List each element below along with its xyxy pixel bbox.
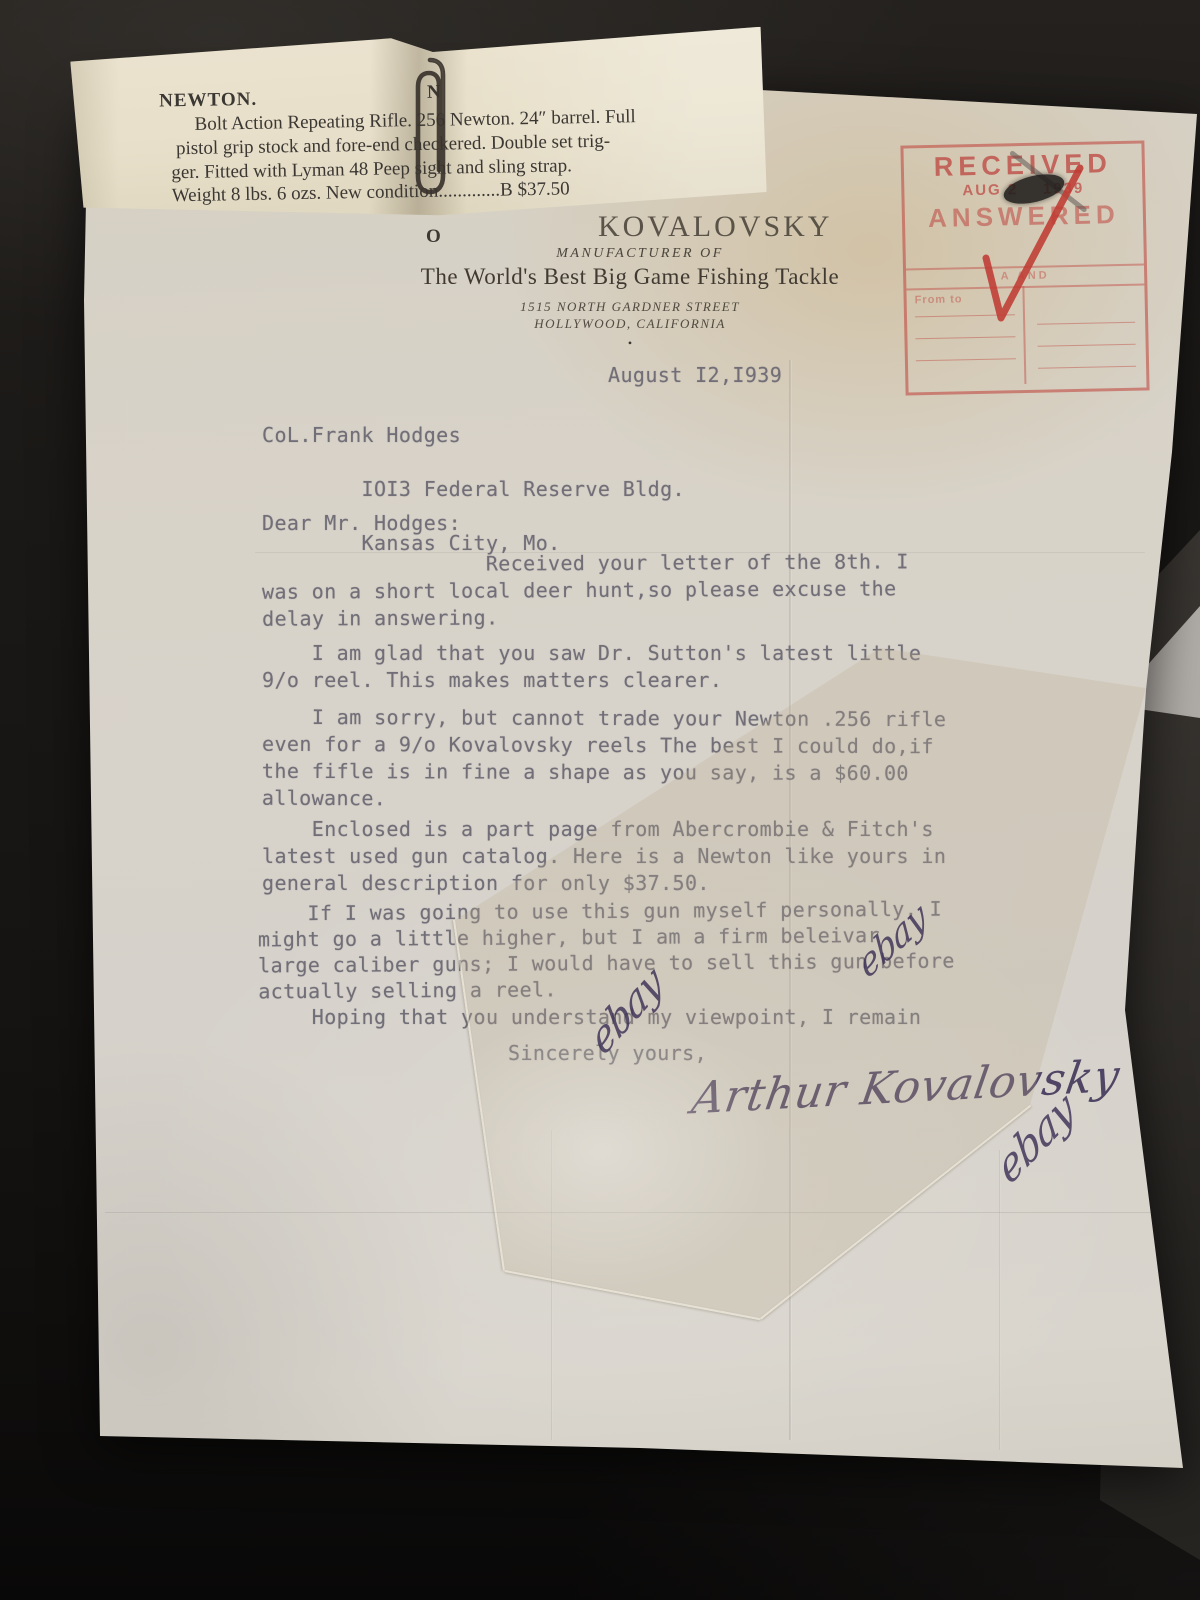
p1-line1: Received your letter of the 8th. I	[262, 549, 909, 576]
letter-date: August I2,I939	[608, 362, 782, 389]
p3-line4: allowance.	[262, 786, 387, 810]
p2-line1: I am glad that you saw Dr. Sutton's late…	[262, 641, 921, 665]
clipping-heading: NEWTON.	[159, 89, 257, 113]
photo-of-letter: KOVALOVSKY O MANUFACTURER OF The World's…	[0, 0, 1200, 1600]
stamp-writing-line	[1038, 344, 1136, 347]
p1-line3: delay in answering.	[262, 605, 499, 630]
letterhead-bullet: •	[420, 336, 840, 351]
fold-crease-vertical-right	[999, 1150, 1001, 1450]
stamp-writing-line	[1038, 366, 1136, 369]
paragraph-1: Received your letter of the 8th. Iwas on…	[262, 548, 909, 632]
letterhead-city-state: HOLLYWOOD, CALIFORNIA	[420, 316, 840, 332]
letterhead-manufacturer-line: MANUFACTURER OF	[430, 246, 850, 262]
stamp-writing-line	[916, 358, 1016, 361]
letterhead-street-address: 1515 NORTH GARDNER STREET	[420, 299, 840, 315]
letterhead-hidden-text-fragment: O	[426, 226, 441, 248]
red-checkmark	[960, 150, 1110, 340]
letterhead-tagline: The World's Best Big Game Fishing Tackle	[420, 264, 840, 290]
letterhead-company-name: KOVALOVSKY	[598, 210, 832, 244]
salutation: Dear Mr. Hodges:	[262, 510, 461, 537]
recipient-address: IOI3 Federal Reserve Bldg.	[362, 477, 685, 501]
recipient-name: CoL.Frank Hodges	[262, 423, 461, 447]
p1-line2: was on a short local deer hunt,so please…	[262, 576, 897, 603]
p2-line2: 9/o reel. This makes matters clearer.	[262, 668, 722, 692]
paperclip	[411, 54, 451, 212]
stamp-from-to-label: From to	[915, 293, 963, 306]
